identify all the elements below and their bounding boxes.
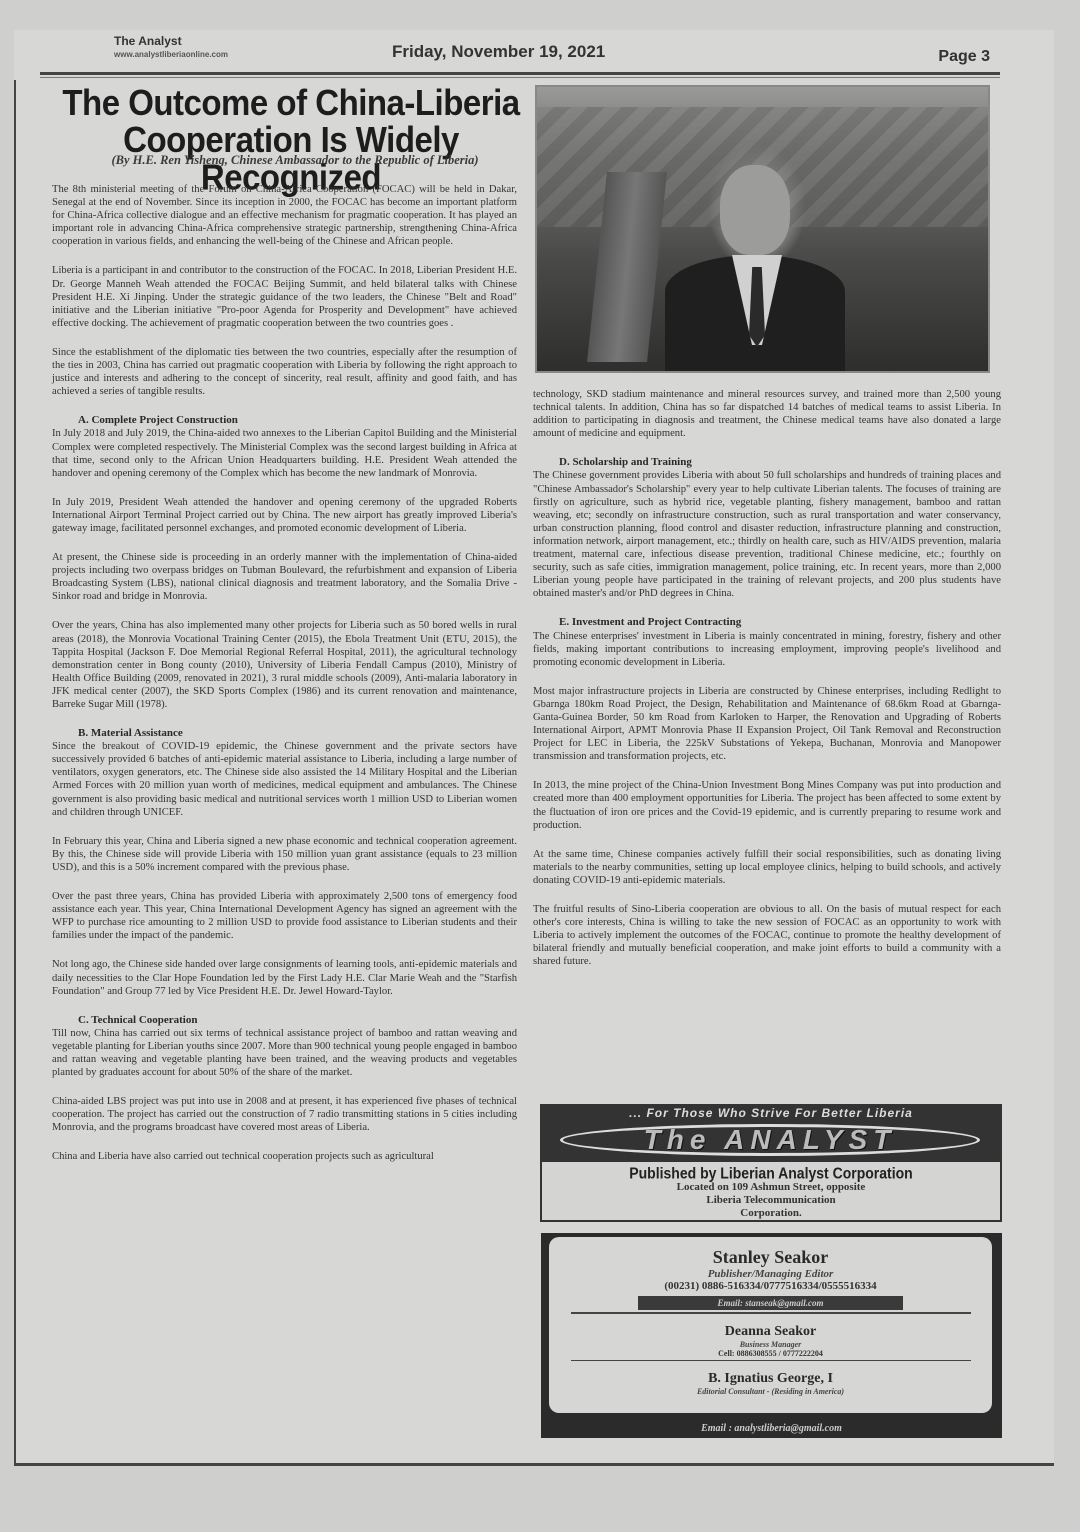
header-rule-thin [40,77,1000,78]
body-paragraph: The Chinese government provides Liberia … [533,469,1001,600]
article-byline: (By H.E. Ren Yisheng, Chinese Ambassador… [70,153,520,168]
photo-head [720,165,790,255]
article-headline: The Outcome of China-Liberia Cooperation… [56,84,526,196]
divider [571,1312,971,1314]
body-paragraph: Over the past three years, China has pro… [52,890,517,942]
article-column-right: technology, SKD stadium maintenance and … [533,388,1001,984]
location-line: Liberia Telecommunication [542,1194,1000,1207]
staff-phone: Cell: 0886308555 / 0777222204 [549,1349,992,1358]
body-paragraph: Not long ago, the Chinese side handed ov… [52,958,517,997]
frame-left-rule [14,80,16,1465]
body-paragraph: At present, the Chinese side is proceedi… [52,551,517,603]
body-paragraph: Till now, China has carried out six term… [52,1027,517,1079]
promo-tagline: ... For Those Who Strive For Better Libe… [540,1106,1002,1120]
body-paragraph: The fruitful results of Sino-Liberia coo… [533,903,1001,968]
body-paragraph: In February this year, China and Liberia… [52,835,517,874]
body-paragraph: Since the breakout of COVID-19 epidemic,… [52,740,517,819]
frame-bottom-rule [14,1463,1054,1466]
logo-text: The ANALYST [644,1124,897,1156]
body-paragraph: technology, SKD stadium maintenance and … [533,388,1001,440]
body-paragraph: China and Liberia have also carried out … [52,1150,517,1163]
page-number: Page 3 [938,48,990,66]
publisher-info: Published by Liberian Analyst Corporatio… [540,1162,1002,1222]
publisher-promo-box: ... For Those Who Strive For Better Libe… [540,1104,1002,1222]
body-paragraph: Over the years, China has also implement… [52,619,517,711]
body-paragraph: The Chinese enterprises' investment in L… [533,630,1001,669]
staff-name: B. Ignatius George, I [549,1371,992,1387]
article-column-left: The 8th ministerial meeting of the Forum… [52,183,517,1180]
intro-paragraph: The 8th ministerial meeting of the Forum… [52,183,517,248]
footer-email[interactable]: Email : analystliberia@gmail.com [541,1423,1002,1434]
section-heading-d: D. Scholarship and Training [533,456,1001,469]
section-heading-c: C. Technical Cooperation [52,1014,517,1027]
masthead-url: www.analystliberiaonline.com [114,50,228,59]
staff-email[interactable]: Email: stanseak@gmail.com [638,1296,903,1310]
body-paragraph: In 2013, the mine project of the China-U… [533,779,1001,831]
staff-list: Stanley Seakor Publisher/Managing Editor… [549,1237,992,1413]
location-line: Located on 109 Ashmun Street, opposite [542,1181,1000,1194]
intro-paragraph: Since the establishment of the diplomati… [52,346,517,398]
staff-phone: (00231) 0886-516334/0777516334/055551633… [549,1280,992,1292]
promo-banner: ... For Those Who Strive For Better Libe… [540,1104,1002,1162]
analyst-logo: The ANALYST [560,1124,980,1156]
masthead-name: The Analyst [114,34,182,48]
page-header: The Analyst www.analystliberiaonline.com… [100,32,1000,72]
intro-paragraph: Liberia is a participant in and contribu… [52,264,517,329]
body-paragraph: China-aided LBS project was put into use… [52,1095,517,1134]
body-paragraph: In July 2019, President Weah attended th… [52,496,517,535]
divider [571,1360,971,1362]
section-heading-a: A. Complete Project Construction [52,414,517,427]
body-paragraph: At the same time, Chinese companies acti… [533,848,1001,887]
issue-date: Friday, November 19, 2021 [392,42,605,62]
staff-role: Editorial Consultant - (Residing in Amer… [549,1387,992,1396]
body-paragraph: Most major infrastructure projects in Li… [533,685,1001,764]
body-paragraph: In July 2018 and July 2019, the China-ai… [52,427,517,479]
staff-role: Publisher/Managing Editor [549,1268,992,1280]
publisher-line: Published by Liberian Analyst Corporatio… [542,1161,1000,1182]
staff-role: Business Manager [549,1340,992,1349]
header-rule [40,72,1000,75]
ambassador-photo [535,85,990,373]
staff-name: Deanna Seakor [549,1324,992,1340]
location-line: Corporation. [542,1207,1000,1220]
section-heading-e: E. Investment and Project Contracting [533,616,1001,629]
staff-name: Stanley Seakor [549,1247,992,1268]
staff-box: Stanley Seakor Publisher/Managing Editor… [541,1233,1002,1438]
section-heading-b: B. Material Assistance [52,727,517,740]
